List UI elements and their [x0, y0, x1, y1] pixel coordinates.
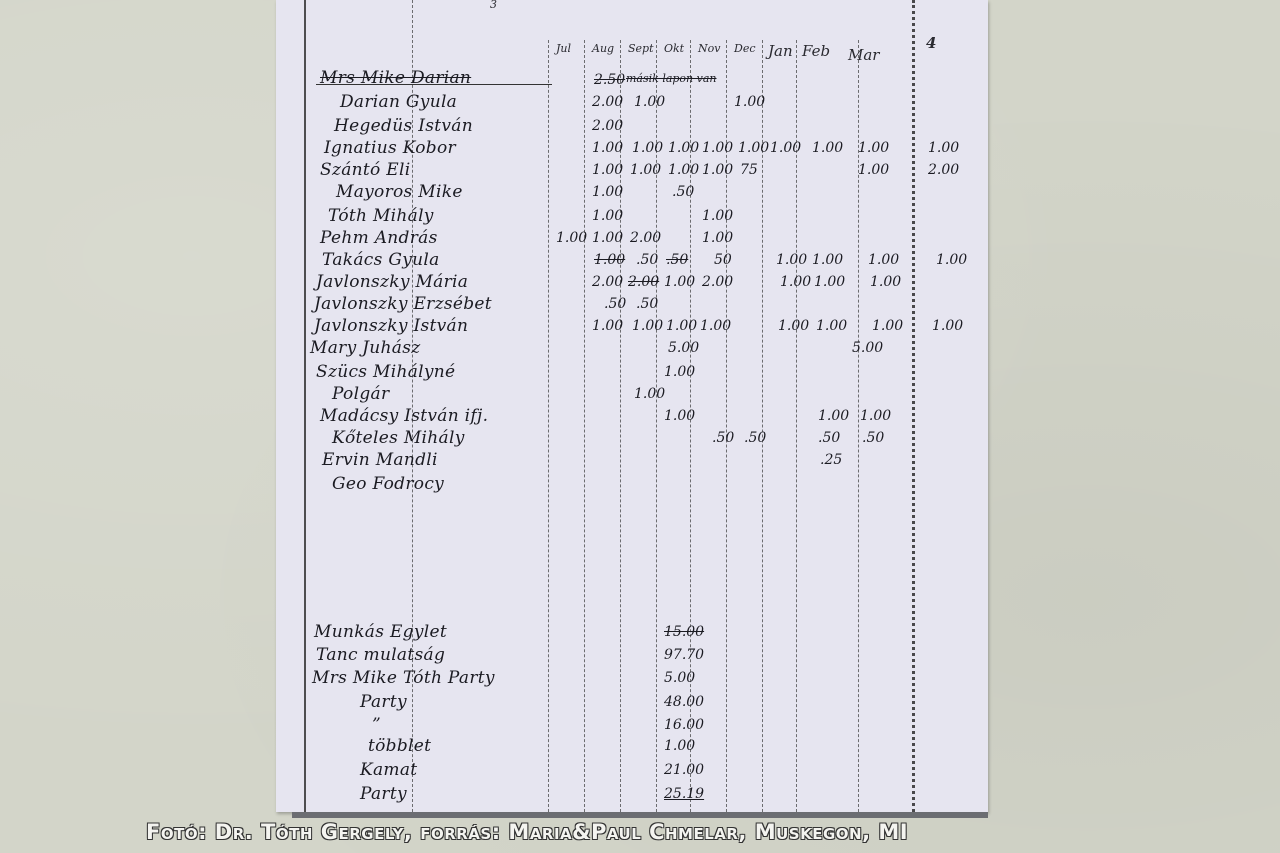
dues-amount: .50: [666, 252, 688, 268]
dues-amount: 2.00: [592, 274, 623, 290]
dues-amount: 1.00: [858, 162, 889, 178]
column-rule: [584, 40, 585, 812]
dues-amount: 1.00: [860, 408, 891, 424]
dues-amount: 1.00: [594, 252, 625, 268]
dues-amount: 2.00: [702, 274, 733, 290]
income-amount: 15.00: [664, 624, 704, 640]
struck-amount: 2.50: [594, 72, 625, 88]
income-label: ”: [372, 715, 381, 735]
dues-amount: 1.00: [936, 252, 967, 268]
dues-amount: 1.00: [668, 140, 699, 156]
income-label: Party: [360, 784, 407, 804]
margin-rule: [304, 0, 306, 812]
dues-amount: 1.00: [634, 94, 665, 110]
dues-amount: .50: [636, 296, 658, 312]
income-label: Mrs Mike Tóth Party: [312, 668, 495, 688]
income-amount: 25.19: [664, 786, 704, 802]
member-name: Javlonszky Mária: [316, 272, 468, 292]
dues-amount: 1.00: [770, 140, 801, 156]
struck-note: másik lapon van: [626, 72, 717, 85]
dues-amount: 1.00: [592, 162, 623, 178]
month-header: Okt: [664, 42, 684, 55]
dues-amount: 1.00: [634, 386, 665, 402]
page-number: 3: [490, 0, 497, 11]
income-amount: 48.00: [664, 694, 704, 710]
dues-amount: 1.00: [816, 318, 847, 334]
member-name: Pehm András: [320, 228, 438, 248]
month-header: Mar: [848, 46, 879, 64]
dues-amount: 5.00: [668, 340, 699, 356]
dues-amount: 1.00: [932, 318, 963, 334]
member-name: Javlonszky István: [314, 316, 468, 336]
dues-amount: 1.00: [734, 94, 765, 110]
dues-amount: 1.00: [702, 208, 733, 224]
member-name: Szücs Mihályné: [316, 362, 455, 382]
dues-amount: 1.00: [668, 162, 699, 178]
dues-amount: 1.00: [858, 140, 889, 156]
dues-amount: 1.00: [738, 140, 769, 156]
dues-amount: 1.00: [664, 364, 695, 380]
dues-amount: 1.00: [592, 208, 623, 224]
dues-amount: 2.00: [592, 94, 623, 110]
income-label: Tanc mulatság: [316, 645, 445, 665]
dues-amount: 1.00: [928, 140, 959, 156]
month-header: Jul: [556, 42, 571, 55]
dues-amount: 1.00: [702, 140, 733, 156]
dues-amount: 1.00: [870, 274, 901, 290]
member-name: Darian Gyula: [340, 92, 457, 112]
dues-amount: .50: [672, 184, 694, 200]
member-name: Hegedüs István: [334, 116, 473, 136]
dues-amount: 1.00: [592, 318, 623, 334]
dues-amount: .50: [604, 296, 626, 312]
dues-amount: .50: [636, 252, 658, 268]
dues-amount: 1.00: [666, 318, 697, 334]
dues-amount: 1.00: [872, 318, 903, 334]
income-label: Party: [360, 692, 407, 712]
dues-amount: 1.00: [778, 318, 809, 334]
dues-amount: 1.00: [868, 252, 899, 268]
dues-amount: 1.00: [700, 318, 731, 334]
photo-credit: Fotó: Dr. Tóth Gergely, forrás: Maria&Pa…: [146, 820, 908, 844]
copy-edge-smudge: [912, 0, 915, 812]
member-name: Szántó Eli: [320, 160, 410, 180]
member-name: Ervin Mandli: [322, 450, 438, 470]
struck-name: Mrs Mike Darian: [320, 68, 471, 88]
dues-amount: .50: [818, 430, 840, 446]
dues-amount: 1.00: [702, 230, 733, 246]
income-amount: 97.70: [664, 647, 704, 663]
income-amount: 21.00: [664, 762, 704, 778]
dues-amount: 1.00: [818, 408, 849, 424]
dues-amount: .50: [744, 430, 766, 446]
month-header: Aug: [592, 42, 614, 55]
dues-amount: 2.00: [928, 162, 959, 178]
dues-amount: 2.00: [628, 274, 659, 290]
month-header: Nov: [698, 42, 720, 55]
member-name: Geo Fodrocy: [332, 474, 444, 494]
dues-amount: 1.00: [632, 140, 663, 156]
dues-amount: 50: [714, 252, 732, 268]
income-label: többlet: [368, 736, 431, 756]
dues-amount: 5.00: [852, 340, 883, 356]
member-name: Mary Juhász: [310, 338, 421, 358]
dues-amount: 1.00: [776, 252, 807, 268]
dues-amount: 1.00: [780, 274, 811, 290]
income-amount: 16.00: [664, 717, 704, 733]
dues-amount: 1.00: [812, 140, 843, 156]
income-amount: 5.00: [664, 670, 695, 686]
month-header: Feb: [802, 42, 830, 60]
dues-amount: 75: [740, 162, 758, 178]
income-label: Munkás Egylet: [314, 622, 447, 642]
dues-amount: .50: [862, 430, 884, 446]
member-name: Mayoros Mike: [336, 182, 463, 202]
dues-amount: .50: [712, 430, 734, 446]
corner-mark: 4: [926, 34, 936, 52]
month-header: Jan: [768, 42, 793, 60]
paper-shadow: [292, 812, 988, 818]
dues-amount: 1.00: [812, 252, 843, 268]
dues-amount: 1.00: [630, 162, 661, 178]
member-name: Takács Gyula: [322, 250, 440, 270]
dues-amount: 1.00: [592, 230, 623, 246]
month-header: Sept: [628, 42, 654, 55]
member-name: Javlonszky Erzsébet: [314, 294, 492, 314]
member-name: Ignatius Kobor: [324, 138, 456, 158]
income-amount: 1.00: [664, 738, 695, 754]
dues-amount: 1.00: [632, 318, 663, 334]
member-name: Polgár: [332, 384, 389, 404]
month-header: Dec: [734, 42, 756, 55]
dues-amount: 1.00: [814, 274, 845, 290]
dues-amount: 2.00: [592, 118, 623, 134]
member-name: Kőteles Mihály: [332, 428, 465, 448]
dues-amount: 1.00: [664, 408, 695, 424]
dues-amount: .25: [820, 452, 842, 468]
dues-amount: 1.00: [556, 230, 587, 246]
dues-amount: 1.00: [592, 184, 623, 200]
dues-amount: 1.00: [702, 162, 733, 178]
dues-amount: 2.00: [630, 230, 661, 246]
member-name: Tóth Mihály: [328, 206, 434, 226]
income-label: Kamat: [360, 760, 417, 780]
dues-amount: 1.00: [664, 274, 695, 290]
dues-amount: 1.00: [592, 140, 623, 156]
ledger-page: 3 4 JulAugSeptOktNovDecJanFebMar Mrs Mik…: [276, 0, 988, 812]
column-rule: [548, 40, 549, 812]
member-name: Madácsy István ifj.: [320, 406, 488, 426]
